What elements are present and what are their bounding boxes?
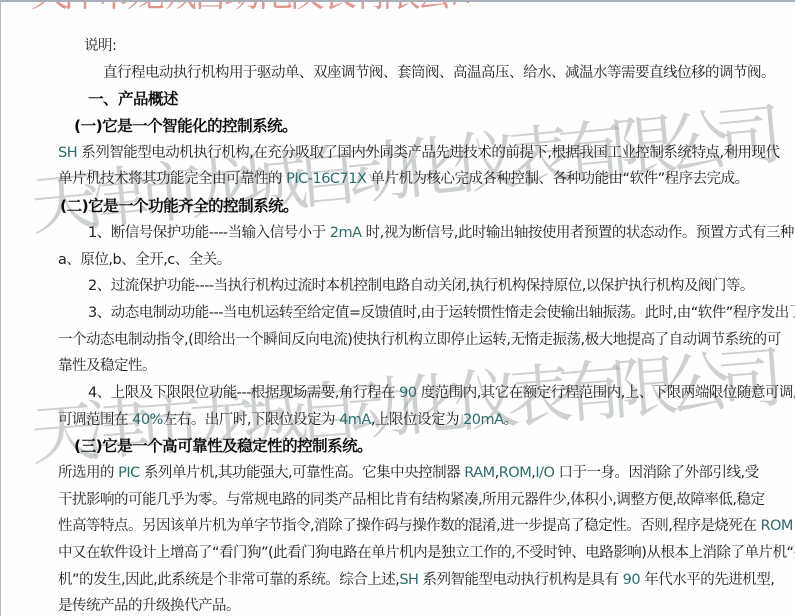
latin-text: 90 <box>623 572 640 588</box>
doc-line-15: 可调范围在 40%左右。出厂时,下限位设定为 4mA,上限位设定为 20mA。 <box>58 407 779 434</box>
cjk-text: 左右。出厂时,下限位设定为 <box>163 412 339 428</box>
cjk-text: 直行程电动执行机构用于驱动单、双座调节阀、套筒阀、高温高压、给水、减温水等需要直… <box>103 65 775 81</box>
doc-line-1: 说明: <box>58 33 779 60</box>
letterhead-red-fragment: 天津市龙城自动化仪表有限公司 <box>31 2 471 13</box>
latin-text: I/O <box>535 465 554 481</box>
latin-text: SH <box>58 145 77 161</box>
latin-text: RAM <box>464 465 494 481</box>
cjk-text: 单片机技术将其功能完全由可靠性的 <box>58 171 286 187</box>
cjk-text: 系列智能型电动执行机构是具有 <box>418 572 622 588</box>
latin-text: 4mA <box>339 412 371 428</box>
cjk-text: 靠性及稳定性。 <box>58 358 156 374</box>
latin-text: 20mA <box>463 412 504 428</box>
doc-line-8: 1、断信号保护功能----当输入信号小于 2mA 时,视为断信号,此时输出轴按使… <box>58 220 779 247</box>
document-page: 天津市龙城自动化仪表有限公司 天津市龙城自动化仪表有限公司 天津市龙城自动化仪表… <box>0 0 795 616</box>
cjk-text: 说明: <box>84 38 116 54</box>
cjk-text: 年代水平的先进机型, <box>640 572 774 588</box>
cjk-text: 中又在软件设计上增高了“看门狗”(此看门狗电路在单片机内是独立工作的,不受时钟、… <box>58 545 795 561</box>
doc-line-14: 4、上限及下限限位功能---根据现场需要,角行程在 90 度范围内,其它在额定行… <box>58 380 779 407</box>
cjk-text: 系列单片机,其功能强大,可靠性高。它集中央控制器 <box>140 465 464 481</box>
letterhead-red-text: 天津市龙城自动化仪表有限公司 <box>31 2 471 12</box>
doc-line-19: 性高等特点。另因该单片机为单字节指令,消除了操作码与操作数的混淆,进一步提高了稳… <box>58 513 779 540</box>
latin-text: 40% <box>132 412 163 428</box>
latin-text: 90 <box>399 385 416 401</box>
cjk-text: 单片机为核心完成各种控制、各种功能由“软件”程序去完成。 <box>366 171 748 187</box>
cjk-text: 4、上限及下限限位功能---根据现场需要,角行程在 <box>88 385 399 401</box>
latin-text: SH <box>399 572 418 588</box>
cjk-text: ,上限位设定为 <box>371 412 463 428</box>
doc-line-7: (二)它是一个功能齐全的控制系统。 <box>58 193 779 220</box>
doc-line-12: 一个动态电制动指令,(即给出一个瞬间反向电流)使执行机构立即停止运转,无惰走振荡… <box>58 327 779 354</box>
doc-line-5: SH 系列智能型电动机执行机构,在充分吸取了国内外同类产品先进技术的前提下,根据… <box>58 140 779 167</box>
cjk-text: 性高等特点。另因该单片机为单字节指令,消除了操作码与操作数的混淆,进一步提高了稳… <box>58 518 760 534</box>
cjk-text: 1、断信号保护功能----当输入信号小于 <box>88 225 330 241</box>
doc-line-22: 是传统产品的升级换代产品。 <box>58 593 779 616</box>
doc-line-9: a、原位,b、全开,c、全关。 <box>58 247 779 274</box>
cjk-text: 可调范围在 <box>58 412 132 428</box>
doc-line-3: 一、产品概述 <box>58 86 779 113</box>
cjk-text: 一、产品概述 <box>88 90 178 108</box>
cjk-text: a、原位,b、全开,c、全关。 <box>58 252 231 268</box>
doc-line-6: 单片机技术将其功能完全由可靠性的 PIC-16C71X 单片机为核心完成各种控制… <box>58 166 779 193</box>
cjk-text: 时,视为断信号,此时输出轴按使用者预置的状态动作。预置方式有三种: <box>362 225 795 241</box>
doc-line-21: 机”的发生,因此,此系统是个非常可靠的系统。综合上述,SH 系列智能型电动执行机… <box>58 567 779 594</box>
cjk-text: 一个动态电制动指令,(即给出一个瞬间反向电流)使执行机构立即停止运转,无惰走振荡… <box>58 332 781 348</box>
cjk-text: 所选用的 <box>58 465 118 481</box>
latin-text: ROM <box>760 518 793 534</box>
cjk-text: 干扰影响的可能几乎为零。与常规电路的同类产品相比肯有结构紧凑,所用元器件少,体积… <box>58 492 765 508</box>
doc-line-10: 2、过流保护功能----当执行机构过流时本机控制电路自动关闭,执行机构保持原位,… <box>58 273 779 300</box>
cjk-text: 口于一身。因消除了外部引线,受 <box>554 465 758 481</box>
doc-line-17: 所选用的 PIC 系列单片机,其功能强大,可靠性高。它集中央控制器 RAM,RO… <box>58 460 779 487</box>
doc-line-4: (一)它是一个智能化的控制系统。 <box>58 113 779 140</box>
cjk-text: 度范围内,其它在额定行程范围内,上、下限两端限位随意可调, <box>417 385 795 401</box>
doc-line-16: (三)它是一个高可靠性及稳定性的控制系统。 <box>58 433 779 460</box>
cjk-text: 机”的发生,因此,此系统是个非常可靠的系统。综合上述, <box>58 572 399 588</box>
cjk-text: (三)它是一个高可靠性及稳定性的控制系统。 <box>74 437 372 455</box>
latin-text: PIC <box>118 465 140 481</box>
doc-line-11: 3、动态电制动功能---当电机运转至给定值=反馈值时,由于运转惯性惰走会使输出轴… <box>58 300 779 327</box>
latin-text: PIC-16C71X <box>286 171 366 187</box>
doc-line-13: 靠性及稳定性。 <box>58 353 779 380</box>
doc-line-20: 中又在软件设计上增高了“看门狗”(此看门狗电路在单片机内是独立工作的,不受时钟、… <box>58 540 779 567</box>
cjk-text: (一)它是一个智能化的控制系统。 <box>74 117 297 135</box>
document-body: 说明:直行程电动执行机构用于驱动单、双座调节阀、套筒阀、高温高压、给水、减温水等… <box>58 33 779 616</box>
cjk-text: 2、过流保护功能----当执行机构过流时本机控制电路自动关闭,执行机构保持原位,… <box>88 278 754 294</box>
latin-text: ROM <box>499 465 532 481</box>
cjk-text: 系列智能型电动机执行机构,在充分吸取了国内外同类产品先进技术的前提下,根据我国工… <box>77 145 779 161</box>
doc-line-2: 直行程电动执行机构用于驱动单、双座调节阀、套筒阀、高温高压、给水、减温水等需要直… <box>58 60 779 87</box>
latin-text: 2mA <box>330 225 362 241</box>
cjk-text: 。 <box>504 412 518 428</box>
doc-line-18: 干扰影响的可能几乎为零。与常规电路的同类产品相比肯有结构紧凑,所用元器件少,体积… <box>58 487 779 514</box>
cjk-text: 是传统产品的升级换代产品。 <box>58 598 240 614</box>
cjk-text: (二)它是一个功能齐全的控制系统。 <box>60 197 298 215</box>
cjk-text: 3、动态电制动功能---当电机运转至给定值=反馈值时,由于运转惯性惰走会使输出轴… <box>88 305 795 321</box>
